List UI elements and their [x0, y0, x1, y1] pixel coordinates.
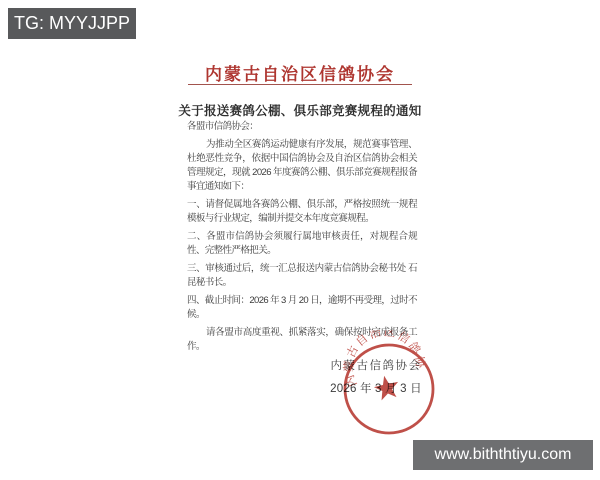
item-3: 三、审核通过后，统一汇总报送内蒙古信鸽协会秘书处 石昆秘书长。 — [187, 262, 417, 290]
notice-title: 关于报送赛鸽公棚、俱乐部竞赛规程的通知 — [90, 101, 510, 119]
notice-body: 各盟市信鸽协会： 为推动全区赛鸽运动健康有序发展，规范赛事管理、杜绝恶性竞争，依… — [187, 120, 417, 358]
org-title: 内蒙古自治区信鸽协会 — [0, 60, 600, 85]
screenshot-page: TG: MYYJJPP 内蒙古自治区信鸽协会 关于报送赛鸽公棚、俱乐部竞赛规程的… — [0, 0, 600, 480]
item-2: 二、各盟市信鸽协会须履行属地审核责任，对规程合规性、完整性严格把关。 — [187, 230, 417, 258]
seal-star-icon — [372, 373, 401, 401]
item-1: 一、请督促属地各赛鸽公棚、俱乐部，严格按照统一规程模板与行业规定，编制并提交本年… — [187, 198, 417, 226]
telegram-watermark-badge: TG: MYYJJPP — [8, 8, 136, 39]
item-4: 四、截止时间：2026 年 3 月 20 日，逾期不再受理，过时不候。 — [187, 294, 417, 322]
intro-paragraph: 为推动全区赛鸽运动健康有序发展，规范赛事管理、杜绝恶性竞争，依据中国信鸽协会及自… — [187, 138, 417, 193]
official-seal-stamp: 内蒙古自治区信鸽协会 — [330, 330, 448, 448]
title-divider — [188, 84, 412, 85]
salutation: 各盟市信鸽协会： — [187, 120, 417, 134]
website-watermark-badge: www.biththtiyu.com — [413, 440, 593, 470]
